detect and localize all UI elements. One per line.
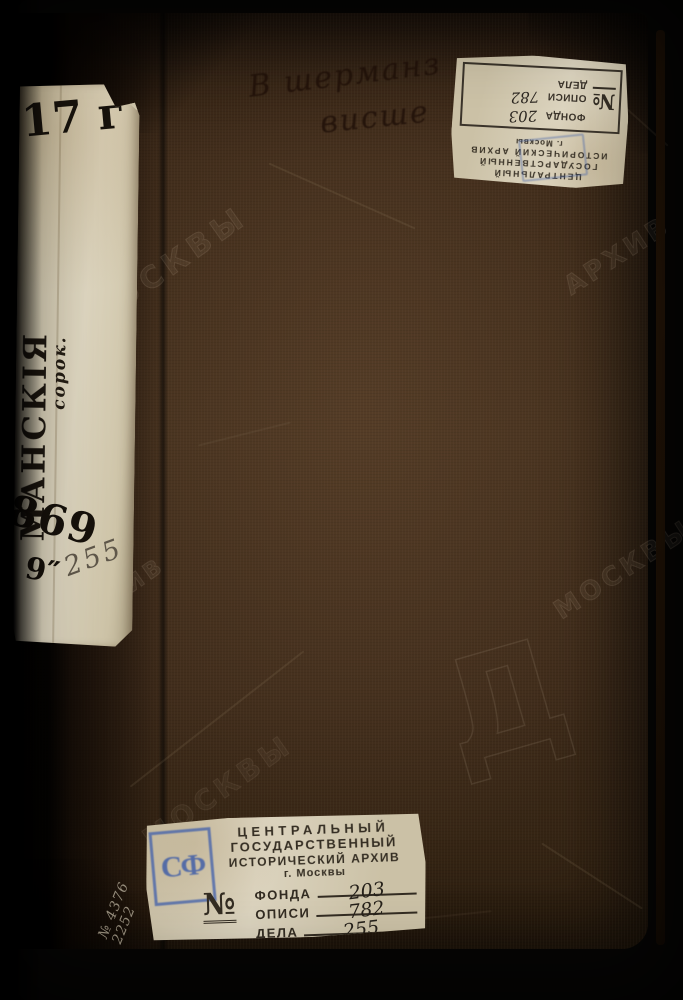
underline: 782 xyxy=(316,896,418,917)
archive-label-bottom: СФ ЦЕНТРАЛЬНЫЙ ГОСУДАРСТВЕННЫЙ ИСТОРИЧЕС… xyxy=(144,811,428,943)
cover-scratch xyxy=(198,422,291,447)
watermark-glyph: Д xyxy=(422,607,587,798)
cover-scratch xyxy=(269,163,416,230)
fond-box: № ФОНДА 203 ОПИСИ 782 ДЕЛА xyxy=(460,62,623,134)
archival-book-photo: МОСКВЫ АРХИВ МОСКВЫ АРХИВ Д МОСКВЫ В шер… xyxy=(0,0,683,1000)
fond-rows: ФОНДА 203 ОПИСИ 782 ДЕЛА xyxy=(466,66,588,129)
opisi-label: ОПИСИ xyxy=(547,91,587,104)
numero-sign: № xyxy=(202,890,236,924)
photo-left-black-edge xyxy=(0,0,44,1000)
underline: 203 xyxy=(317,877,417,897)
spine-title-small-handwriting: сорок. xyxy=(49,240,71,410)
archive-name: ЦЕНТРАЛЬНЫЙ ГОСУДАРСТВЕННЫЙ ИСТОРИЧЕСКИЙ… xyxy=(210,819,418,884)
opisi-value: 782 xyxy=(510,88,539,107)
fonda-value: 203 xyxy=(508,107,537,126)
fonda-label: ФОНДА xyxy=(545,110,586,123)
cover-scratch xyxy=(541,842,643,909)
archive-label-top: ЦЕНТРАЛЬНЫЙ ГОСУДАРСТВЕННЫЙ ИСТОРИЧЕСКИЙ… xyxy=(449,51,632,190)
blue-stamp-fragment xyxy=(518,133,588,182)
fond-rows: ФОНДА 203 ОПИСИ 782 ДЕЛА 255 xyxy=(254,877,418,940)
book-fore-edge xyxy=(656,30,665,945)
fonda-label: ФОНДА xyxy=(254,886,311,903)
numero-sign: № xyxy=(592,87,616,115)
dela-label: ДЕЛА xyxy=(557,78,588,91)
opisi-label: ОПИСИ xyxy=(255,905,311,922)
